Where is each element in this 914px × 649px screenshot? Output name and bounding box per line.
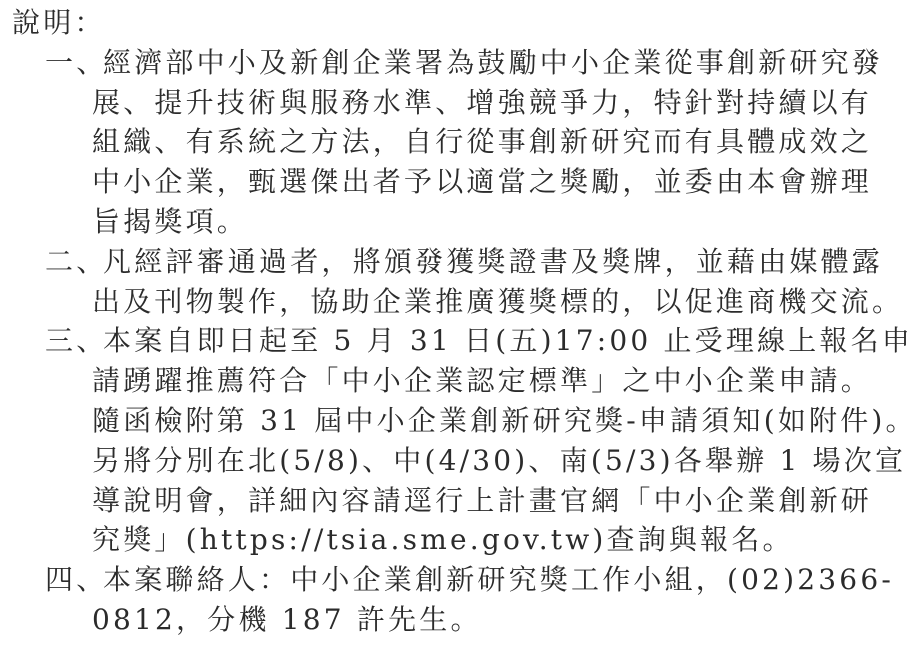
item-4-marker: 四、: [45, 560, 103, 600]
list-item-2-line-1: 二、 凡經評審通過者，將頒發獲獎證書及獎牌，並藉由媒體露: [103, 242, 914, 282]
item-2-marker: 二、: [45, 242, 103, 282]
document-page: 說明： 一、 經濟部中小及新創企業署為鼓勵中小企業從事創新研究發 展、提升技術與…: [0, 0, 914, 649]
list-item-3-line-1: 三、 本案自即日起至 5 月 31 日(五)17:00 止受理線上報名申請，: [103, 321, 914, 361]
document-body: 說明： 一、 經濟部中小及新創企業署為鼓勵中小企業從事創新研究發 展、提升技術與…: [0, 3, 914, 640]
list-item-3-line-6: 究獎」(https://tsia.sme.gov.tw)查詢與報名。: [92, 520, 914, 560]
line-text: 經濟部中小及新創企業署為鼓勵中小企業從事創新研究發: [103, 46, 883, 79]
list-item-2-line-2: 出及刊物製作，協助企業推廣獲獎標的，以促進商機交流。: [92, 282, 914, 322]
list-item-1-line-2: 展、提升技術與服務水準、增強競爭力，特針對持續以有: [92, 83, 914, 123]
line-text: 凡經評審通過者，將頒發獲獎證書及獎牌，並藉由媒體露: [103, 245, 883, 278]
list-item-3-line-5: 導說明會，詳細內容請逕行上計畫官網「中小企業創新研: [92, 481, 914, 521]
line-text: 本案聯絡人：中小企業創新研究獎工作小組，(02)2366-: [103, 563, 894, 596]
section-heading: 說明：: [12, 3, 914, 43]
item-1-marker: 一、: [45, 43, 103, 83]
list-item-1-line-3: 組織、有系統之方法，自行從事創新研究而有具體成效之: [92, 122, 914, 162]
list-item-4-line-2: 0812，分機 187 許先生。: [92, 600, 914, 640]
list-item-3-line-3: 隨函檢附第 31 屆中小企業創新研究獎-申請須知(如附件)。: [92, 401, 914, 441]
line-text: 本案自即日起至 5 月 31 日(五)17:00 止受理線上報名申請，: [103, 324, 914, 357]
list-item-1-line-4: 中小企業，甄選傑出者予以適當之獎勵，並委由本會辦理: [92, 162, 914, 202]
list-item-1-line-5: 旨揭獎項。: [92, 202, 914, 242]
list-item-4-line-1: 四、 本案聯絡人：中小企業創新研究獎工作小組，(02)2366-: [103, 560, 914, 600]
list-item-1-line-1: 一、 經濟部中小及新創企業署為鼓勵中小企業從事創新研究發: [103, 43, 914, 83]
list-item-3-line-2: 請踴躍推薦符合「中小企業認定標準」之中小企業申請。: [92, 361, 914, 401]
item-3-marker: 三、: [45, 321, 103, 361]
list-item-3-line-4: 另將分別在北(5/8)、中(4/30)、南(5/3)各舉辦 1 場次宣: [92, 441, 914, 481]
